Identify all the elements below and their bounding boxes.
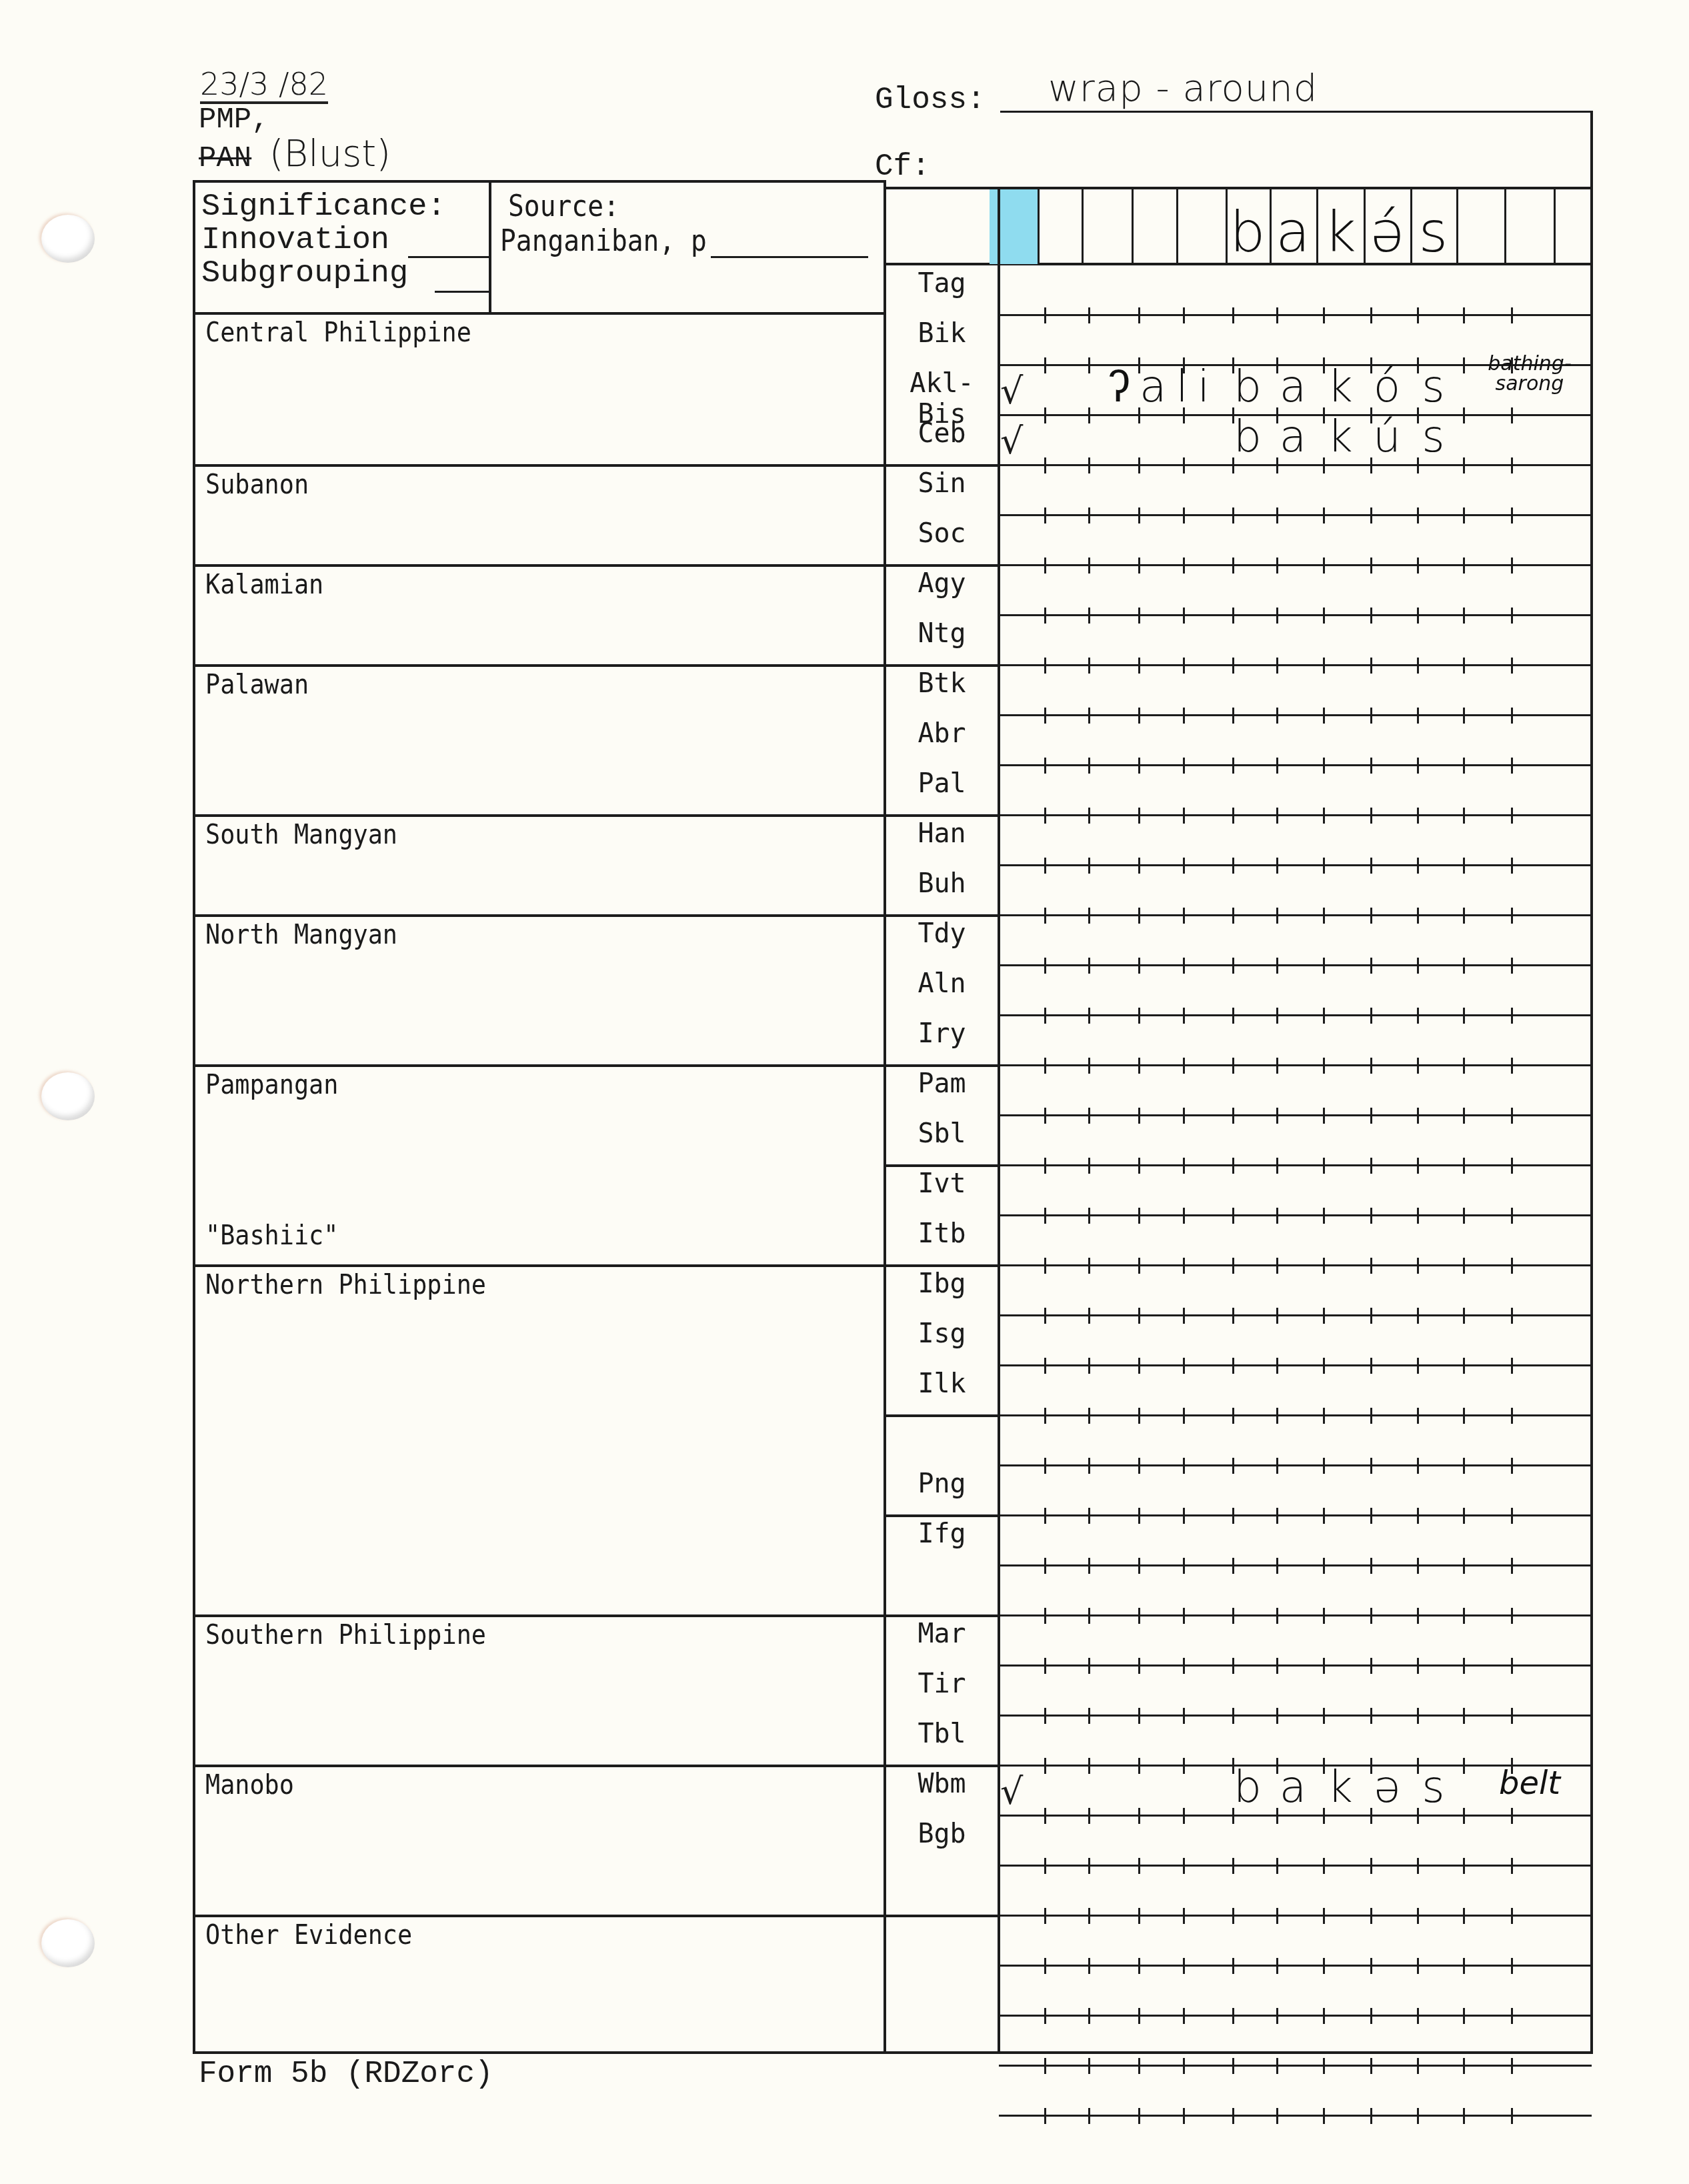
tick-mark bbox=[1417, 608, 1419, 624]
tick-mark bbox=[1232, 1458, 1234, 1474]
language-code-wbm: Wbm bbox=[890, 1769, 994, 1799]
tick-mark bbox=[1370, 1858, 1372, 1874]
gloss-box-right bbox=[1590, 111, 1593, 2053]
tick-mark bbox=[1417, 1558, 1419, 1574]
reconstruction-letter: s bbox=[1410, 200, 1456, 264]
tick-mark bbox=[1088, 1458, 1090, 1474]
tick-mark bbox=[1276, 1208, 1278, 1224]
entry-form-segment: b bbox=[1226, 361, 1270, 412]
tick-mark bbox=[1183, 1158, 1185, 1174]
tick-mark bbox=[1323, 1358, 1325, 1374]
form-id: Form 5b (RDZorc) bbox=[199, 2057, 493, 2091]
tick-mark bbox=[1511, 1358, 1513, 1374]
tick-mark bbox=[1370, 2108, 1372, 2124]
tick-mark bbox=[1370, 1258, 1372, 1274]
gloss-underline bbox=[1000, 111, 1592, 113]
tick-mark bbox=[1276, 1008, 1278, 1024]
tick-mark bbox=[1088, 758, 1090, 774]
tick-mark bbox=[1088, 1158, 1090, 1174]
tick-mark bbox=[1323, 758, 1325, 774]
tick-mark bbox=[1370, 658, 1372, 674]
tick-mark bbox=[1417, 1708, 1419, 1724]
tick-mark bbox=[1323, 1308, 1325, 1324]
tick-mark bbox=[1511, 1158, 1513, 1174]
tick-mark bbox=[1323, 608, 1325, 624]
language-code-tdy: Tdy bbox=[890, 918, 994, 949]
entry-form-segment: b bbox=[1226, 411, 1270, 462]
tick-mark bbox=[1044, 1558, 1046, 1574]
tick-mark bbox=[1088, 1858, 1090, 1874]
tick-mark bbox=[1138, 1258, 1140, 1274]
tick-mark bbox=[1276, 307, 1278, 323]
subgroup-divider bbox=[194, 914, 999, 917]
reconstruction-highlight bbox=[990, 189, 1038, 264]
subgroup-divider bbox=[194, 1264, 999, 1267]
tick-mark bbox=[1044, 908, 1046, 924]
tick-mark bbox=[1323, 1508, 1325, 1524]
tick-mark bbox=[1323, 558, 1325, 574]
tick-mark bbox=[1417, 808, 1419, 824]
tick-mark bbox=[1323, 1058, 1325, 1074]
tick-mark bbox=[1044, 1358, 1046, 1374]
tick-mark bbox=[1088, 1258, 1090, 1274]
tick-mark bbox=[1511, 1108, 1513, 1124]
tick-mark bbox=[1044, 1958, 1046, 1974]
reconstruction-letter: ə́ bbox=[1364, 200, 1410, 264]
tick-mark bbox=[1138, 307, 1140, 323]
tick-mark bbox=[1463, 958, 1465, 974]
reconstruction-letter: k bbox=[1316, 200, 1364, 264]
binder-hole-bottom bbox=[41, 1919, 95, 1967]
language-code-btk: Btk bbox=[890, 668, 994, 699]
tick-mark bbox=[1323, 808, 1325, 824]
tick-mark bbox=[1370, 1158, 1372, 1174]
tick-mark bbox=[1511, 558, 1513, 574]
header-cell-divider bbox=[1504, 188, 1506, 264]
tick-mark bbox=[1417, 1308, 1419, 1324]
tick-mark bbox=[1463, 708, 1465, 724]
tick-mark bbox=[1138, 1908, 1140, 1924]
tick-mark bbox=[1044, 1108, 1046, 1124]
tick-mark bbox=[1511, 1458, 1513, 1474]
tick-mark bbox=[1183, 1108, 1185, 1124]
tick-mark bbox=[1276, 758, 1278, 774]
tick-mark bbox=[1463, 407, 1465, 423]
language-code-tbl: Tbl bbox=[890, 1719, 994, 1749]
tick-mark bbox=[1044, 758, 1046, 774]
language-code-pam: Pam bbox=[890, 1068, 994, 1099]
entry-form-segment: k bbox=[1316, 361, 1364, 412]
checkmark-icon: √ bbox=[1000, 370, 1023, 412]
tick-mark bbox=[1138, 758, 1140, 774]
tick-mark bbox=[1138, 658, 1140, 674]
tick-mark bbox=[1417, 1608, 1419, 1624]
tick-mark bbox=[1088, 1358, 1090, 1374]
source-value: Panganiban, p bbox=[500, 224, 707, 258]
tick-mark bbox=[1323, 507, 1325, 523]
tick-mark bbox=[1417, 1058, 1419, 1074]
tick-mark bbox=[1511, 1608, 1513, 1624]
tick-mark bbox=[1511, 1558, 1513, 1574]
tick-mark bbox=[1232, 608, 1234, 624]
tick-mark bbox=[1183, 1408, 1185, 1424]
tick-mark bbox=[1417, 507, 1419, 523]
tick-mark bbox=[1232, 1208, 1234, 1224]
language-code-abr: Abr bbox=[890, 718, 994, 749]
tick-mark bbox=[1044, 1408, 1046, 1424]
language-code-sin: Sin bbox=[890, 468, 994, 499]
tick-mark bbox=[1138, 457, 1140, 473]
tick-mark bbox=[1417, 958, 1419, 974]
tick-mark bbox=[1183, 858, 1185, 874]
language-code-ilk: Ilk bbox=[890, 1368, 994, 1399]
tick-mark bbox=[1511, 1008, 1513, 1024]
tick-mark bbox=[1417, 2008, 1419, 2024]
tick-mark bbox=[1370, 1508, 1372, 1524]
entry-form-segment: ú bbox=[1364, 411, 1410, 462]
source-page-blank[interactable] bbox=[711, 256, 868, 258]
tick-mark bbox=[1511, 1808, 1513, 1824]
tick-mark bbox=[1370, 507, 1372, 523]
tick-mark bbox=[1417, 1958, 1419, 1974]
tick-mark bbox=[1463, 1608, 1465, 1624]
tick-mark bbox=[1511, 908, 1513, 924]
tick-mark bbox=[1044, 708, 1046, 724]
tick-mark bbox=[1138, 1508, 1140, 1524]
tick-mark bbox=[1183, 1558, 1185, 1574]
tick-mark bbox=[1463, 1408, 1465, 1424]
tick-mark bbox=[1370, 2008, 1372, 2024]
tick-mark bbox=[1511, 2108, 1513, 2124]
tick-mark bbox=[1370, 558, 1372, 574]
tick-mark bbox=[1183, 1708, 1185, 1724]
tick-mark bbox=[1370, 858, 1372, 874]
tick-mark bbox=[1323, 1108, 1325, 1124]
label-column-left bbox=[884, 264, 886, 2054]
tick-mark bbox=[1511, 1958, 1513, 1974]
tick-mark bbox=[1138, 1658, 1140, 1674]
tick-mark bbox=[1511, 658, 1513, 674]
subgroup-divider bbox=[194, 664, 999, 667]
tick-mark bbox=[1232, 658, 1234, 674]
language-code-ntg: Ntg bbox=[890, 618, 994, 649]
tick-mark bbox=[1183, 1758, 1185, 1774]
significance-title: Significance: bbox=[201, 189, 446, 225]
tick-mark bbox=[1044, 1208, 1046, 1224]
tick-mark bbox=[1511, 407, 1513, 423]
tick-mark bbox=[1370, 808, 1372, 824]
tick-mark bbox=[1417, 1158, 1419, 1174]
tick-mark bbox=[1088, 1808, 1090, 1824]
level-annotation: (Blust) bbox=[269, 132, 391, 175]
tick-mark bbox=[1044, 1908, 1046, 1924]
subgroup-label: North Mangyan bbox=[205, 920, 397, 950]
tick-mark bbox=[1138, 558, 1140, 574]
tick-mark bbox=[1323, 858, 1325, 874]
subgroup-label: Pampangan bbox=[205, 1070, 338, 1100]
subgroup-label: Northern Philippine bbox=[205, 1270, 486, 1300]
language-code-mar: Mar bbox=[890, 1618, 994, 1649]
tick-mark bbox=[1138, 2058, 1140, 2074]
tick-mark bbox=[1463, 758, 1465, 774]
subgroup-label: "Bashiic" bbox=[205, 1220, 338, 1251]
tick-mark bbox=[1463, 1308, 1465, 1324]
language-code-png: Png bbox=[890, 1468, 994, 1499]
language-code-iry: Iry bbox=[890, 1018, 994, 1049]
tick-mark bbox=[1183, 1858, 1185, 1874]
tick-mark bbox=[1088, 1308, 1090, 1324]
tick-mark bbox=[1276, 708, 1278, 724]
subgroup-label: South Mangyan bbox=[205, 820, 397, 850]
tick-mark bbox=[1088, 1658, 1090, 1674]
tick-mark bbox=[1276, 2108, 1278, 2124]
tick-mark bbox=[1417, 758, 1419, 774]
tick-mark bbox=[1463, 658, 1465, 674]
tick-mark bbox=[1232, 307, 1234, 323]
tick-mark bbox=[1370, 1308, 1372, 1324]
tick-mark bbox=[1370, 1608, 1372, 1624]
tick-mark bbox=[1276, 558, 1278, 574]
tick-mark bbox=[1323, 2008, 1325, 2024]
tick-mark bbox=[1511, 1658, 1513, 1674]
tick-mark bbox=[1276, 858, 1278, 874]
tick-mark bbox=[1138, 608, 1140, 624]
tick-mark bbox=[1044, 307, 1046, 323]
header-cell-divider bbox=[1554, 188, 1556, 264]
language-code-soc: Soc bbox=[890, 518, 994, 549]
entry-form-segment: a bbox=[1270, 361, 1316, 412]
subgroup-label: Kalamian bbox=[205, 570, 323, 600]
tick-mark bbox=[1138, 708, 1140, 724]
tick-mark bbox=[1276, 1708, 1278, 1724]
tick-mark bbox=[1183, 1958, 1185, 1974]
tick-mark bbox=[1044, 507, 1046, 523]
tick-mark bbox=[1417, 307, 1419, 323]
tick-mark bbox=[1276, 1408, 1278, 1424]
tick-mark bbox=[1183, 708, 1185, 724]
tick-mark bbox=[1511, 758, 1513, 774]
tick-mark bbox=[1463, 307, 1465, 323]
tick-mark bbox=[1323, 1008, 1325, 1024]
entry-form-segment: a bbox=[1270, 1761, 1316, 1813]
language-code-han: Han bbox=[890, 818, 994, 849]
tick-mark bbox=[1511, 2008, 1513, 2024]
tick-mark bbox=[1276, 1608, 1278, 1624]
tick-mark bbox=[1138, 1608, 1140, 1624]
tick-mark bbox=[1323, 1958, 1325, 1974]
tick-mark bbox=[1044, 1708, 1046, 1724]
tick-mark bbox=[1232, 1108, 1234, 1124]
tick-mark bbox=[1232, 758, 1234, 774]
tick-mark bbox=[1511, 507, 1513, 523]
tick-mark bbox=[1511, 608, 1513, 624]
tick-mark bbox=[1044, 1808, 1046, 1824]
tick-mark bbox=[1088, 2008, 1090, 2024]
tick-mark bbox=[1183, 658, 1185, 674]
tick-mark bbox=[1138, 858, 1140, 874]
language-code-tir: Tir bbox=[890, 1669, 994, 1699]
innovation-blank[interactable] bbox=[408, 256, 489, 258]
tick-mark bbox=[1138, 1958, 1140, 1974]
tick-mark bbox=[1232, 1858, 1234, 1874]
tick-mark bbox=[1088, 1908, 1090, 1924]
tick-mark bbox=[1370, 708, 1372, 724]
tick-mark bbox=[1370, 307, 1372, 323]
tick-mark bbox=[1232, 1358, 1234, 1374]
tick-mark bbox=[1276, 958, 1278, 974]
language-code-ceb: Ceb bbox=[890, 418, 994, 449]
tick-mark bbox=[1044, 1258, 1046, 1274]
tick-mark bbox=[1463, 1208, 1465, 1224]
tick-mark bbox=[1463, 808, 1465, 824]
subgroup-divider bbox=[194, 1915, 999, 1917]
language-code-aln: Aln bbox=[890, 968, 994, 999]
tick-mark bbox=[1463, 1708, 1465, 1724]
tick-mark bbox=[1370, 608, 1372, 624]
tick-mark bbox=[1138, 1758, 1140, 1774]
source-box-bottom bbox=[193, 312, 885, 315]
entry-form-segment: a bbox=[1270, 411, 1316, 462]
tick-mark bbox=[1417, 1458, 1419, 1474]
tick-mark bbox=[1232, 708, 1234, 724]
tick-mark bbox=[1463, 1658, 1465, 1674]
tick-mark bbox=[1463, 357, 1465, 373]
tick-mark bbox=[1370, 1708, 1372, 1724]
tick-mark bbox=[1232, 1908, 1234, 1924]
tick-mark bbox=[1232, 1008, 1234, 1024]
language-code-pal: Pal bbox=[890, 768, 994, 799]
tick-mark bbox=[1370, 1358, 1372, 1374]
tick-mark bbox=[1276, 1158, 1278, 1174]
tick-mark bbox=[1044, 1458, 1046, 1474]
tick-mark bbox=[1511, 1708, 1513, 1724]
tick-mark bbox=[1044, 407, 1046, 423]
tick-mark bbox=[1138, 1858, 1140, 1874]
tick-mark bbox=[1183, 507, 1185, 523]
subsection-divider bbox=[885, 1164, 999, 1167]
tick-mark bbox=[1370, 1008, 1372, 1024]
tick-mark bbox=[1138, 2108, 1140, 2124]
tick-mark bbox=[1232, 808, 1234, 824]
tick-mark bbox=[1044, 608, 1046, 624]
significance-box-top bbox=[193, 180, 884, 183]
tick-mark bbox=[1088, 808, 1090, 824]
tick-mark bbox=[1232, 858, 1234, 874]
tick-mark bbox=[1417, 2058, 1419, 2074]
significance-divider bbox=[489, 180, 491, 313]
tick-mark bbox=[1276, 1258, 1278, 1274]
tick-mark bbox=[1463, 1158, 1465, 1174]
tick-mark bbox=[1323, 1408, 1325, 1424]
tick-mark bbox=[1232, 2058, 1234, 2074]
tick-mark bbox=[1276, 2008, 1278, 2024]
tick-mark bbox=[1463, 2058, 1465, 2074]
tick-mark bbox=[1044, 1758, 1046, 1774]
tick-mark bbox=[1276, 1858, 1278, 1874]
tick-mark bbox=[1138, 1008, 1140, 1024]
tick-mark bbox=[1511, 1858, 1513, 1874]
subgrouping-blank[interactable] bbox=[435, 291, 489, 293]
header-cell-divider bbox=[1456, 188, 1458, 264]
tick-mark bbox=[1088, 1558, 1090, 1574]
tick-mark bbox=[1183, 1208, 1185, 1224]
tick-mark bbox=[1138, 808, 1140, 824]
tick-mark bbox=[1088, 1058, 1090, 1074]
tick-mark bbox=[1044, 1158, 1046, 1174]
tick-mark bbox=[1463, 2108, 1465, 2124]
reconstruction-letter: a bbox=[1270, 200, 1316, 264]
source-label: Source: bbox=[508, 189, 619, 223]
tick-mark bbox=[1417, 1508, 1419, 1524]
tick-mark bbox=[1511, 1308, 1513, 1324]
entry-gloss: bathing-sarong bbox=[1470, 354, 1590, 394]
tick-mark bbox=[1232, 507, 1234, 523]
binder-hole-top bbox=[41, 215, 95, 263]
language-code-isg: Isg bbox=[890, 1318, 994, 1349]
entry-form-segment: s bbox=[1410, 1761, 1456, 1813]
tick-mark bbox=[1183, 808, 1185, 824]
tick-mark bbox=[1511, 1258, 1513, 1274]
tick-mark bbox=[1417, 558, 1419, 574]
tick-mark bbox=[1138, 1558, 1140, 1574]
tick-mark bbox=[1232, 1158, 1234, 1174]
tick-mark bbox=[1463, 1808, 1465, 1824]
entry-gloss: belt bbox=[1470, 1773, 1590, 1793]
entry-form-segment: k bbox=[1316, 411, 1364, 462]
tick-mark bbox=[1138, 1708, 1140, 1724]
tick-mark bbox=[1044, 457, 1046, 473]
tick-mark bbox=[1463, 858, 1465, 874]
tick-mark bbox=[1417, 1658, 1419, 1674]
tick-mark bbox=[1323, 708, 1325, 724]
tick-mark bbox=[1370, 1958, 1372, 1974]
subgroup-label: Central Philippine bbox=[205, 317, 471, 348]
checkmark-icon: √ bbox=[1000, 420, 1023, 462]
tick-mark bbox=[1463, 1458, 1465, 1474]
tick-mark bbox=[1138, 1308, 1140, 1324]
tick-mark bbox=[1463, 457, 1465, 473]
subgroup-label: Palawan bbox=[205, 670, 309, 700]
tick-mark bbox=[1088, 1708, 1090, 1724]
tick-mark bbox=[1232, 2108, 1234, 2124]
tick-mark bbox=[1463, 1508, 1465, 1524]
tick-mark bbox=[1138, 1408, 1140, 1424]
tick-mark bbox=[1463, 1958, 1465, 1974]
tick-mark bbox=[1044, 658, 1046, 674]
innovation-label: Innovation bbox=[201, 223, 389, 258]
language-code-tag: Tag bbox=[890, 268, 994, 299]
tick-mark bbox=[1138, 1158, 1140, 1174]
tick-mark bbox=[1138, 1058, 1140, 1074]
tick-mark bbox=[1088, 507, 1090, 523]
tick-mark bbox=[1417, 1108, 1419, 1124]
tick-mark bbox=[1463, 1558, 1465, 1574]
tick-mark bbox=[1370, 1908, 1372, 1924]
tick-mark bbox=[1511, 1508, 1513, 1524]
header-cell-divider bbox=[1132, 188, 1134, 264]
tick-mark bbox=[1323, 1258, 1325, 1274]
gloss-value[interactable]: wrap - around bbox=[1048, 67, 1318, 110]
tick-mark bbox=[1183, 758, 1185, 774]
tick-mark bbox=[1276, 1458, 1278, 1474]
tick-mark bbox=[1088, 608, 1090, 624]
tick-mark bbox=[1044, 1658, 1046, 1674]
tick-mark bbox=[1183, 307, 1185, 323]
subgroup-divider bbox=[194, 814, 999, 817]
entry-form-segment: s bbox=[1410, 361, 1456, 412]
tick-mark bbox=[1044, 357, 1046, 373]
tick-mark bbox=[1417, 708, 1419, 724]
